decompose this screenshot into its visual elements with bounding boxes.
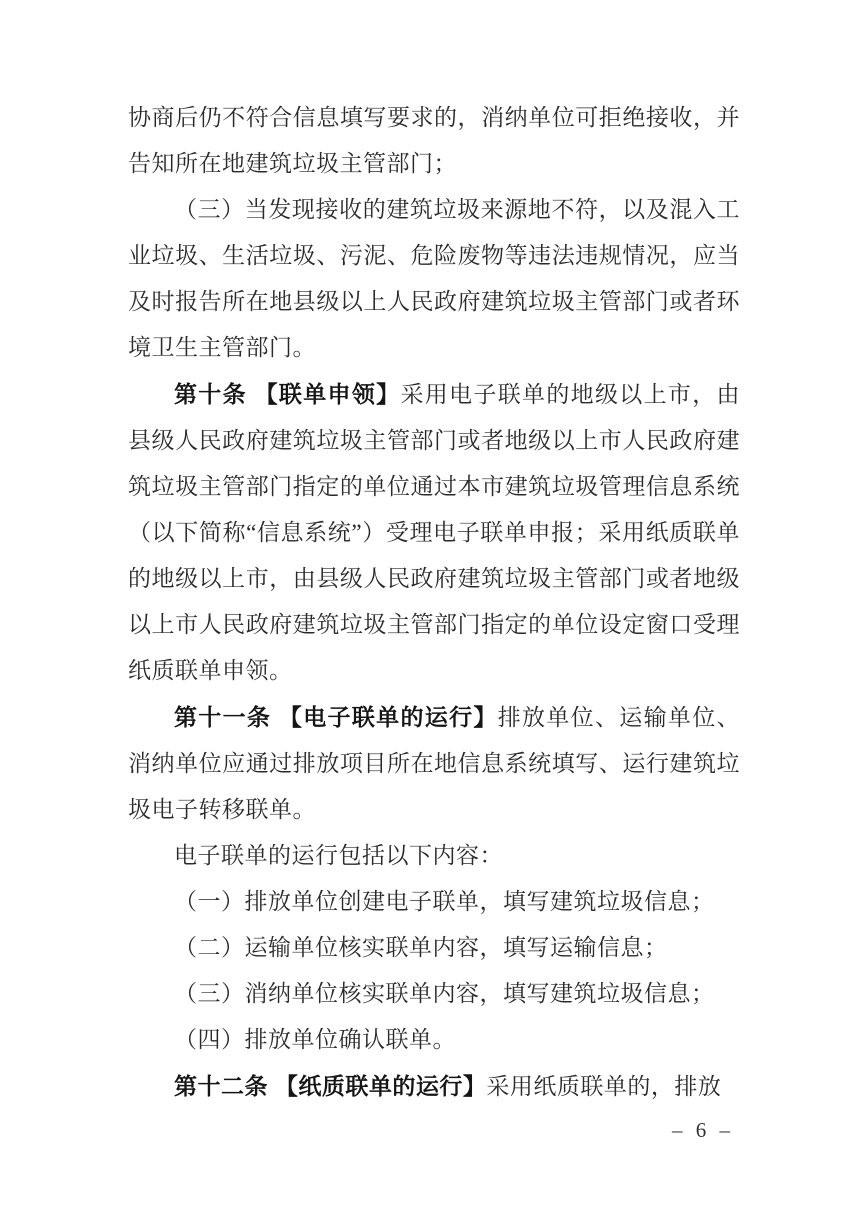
page-footer: – 6 – [128, 1118, 740, 1143]
list-item: （四）排放单位确认联单。 [128, 1017, 740, 1063]
article-heading: 第十条 【联单申领】 [174, 381, 400, 407]
list-item: （三）消纳单位核实联单内容，填写建筑垃圾信息； [128, 971, 740, 1017]
paragraph: 电子联单的运行包括以下内容： [128, 833, 740, 879]
paragraph-text: 电子联单的运行包括以下内容： [174, 843, 503, 868]
paragraph-text: （一）排放单位创建电子联单，填写建筑垃圾信息； [174, 889, 715, 914]
paragraph-text: （三）消纳单位核实联单内容，填写建筑垃圾信息； [174, 981, 715, 1006]
list-item: （二）运输单位核实联单内容，填写运输信息； [128, 925, 740, 971]
paragraph-article-10: 第十条 【联单申领】采用电子联单的地级以上市，由县级人民政府建筑垃圾主管部门或者… [128, 371, 740, 694]
paragraph: （三）当发现接收的建筑垃圾来源地不符，以及混入工业垃圾、生活垃圾、污泥、危险废物… [128, 187, 740, 371]
paragraph-text: 采用电子联单的地级以上市，由县级人民政府建筑垃圾主管部门或者地级以上市人民政府建… [128, 382, 740, 683]
paragraph-text: （四）排放单位确认联单。 [174, 1027, 456, 1052]
paragraph: 协商后仍不符合信息填写要求的，消纳单位可拒绝接收，并告知所在地建筑垃圾主管部门； [128, 95, 740, 187]
paragraph-text: 采用纸质联单的，排放 [486, 1074, 721, 1099]
list-item: （一）排放单位创建电子联单，填写建筑垃圾信息； [128, 879, 740, 925]
page-number: – 6 – [672, 1118, 734, 1142]
paragraph-text: （二）运输单位核实联单内容，填写运输信息； [174, 935, 668, 960]
paragraph-article-11: 第十一条 【电子联单的运行】排放单位、运输单位、消纳单位应通过排放项目所在地信息… [128, 694, 740, 833]
article-heading: 第十一条 【电子联单的运行】 [174, 704, 498, 730]
paragraph-article-12: 第十二条 【纸质联单的运行】采用纸质联单的，排放 [128, 1063, 740, 1110]
document-body: 协商后仍不符合信息填写要求的，消纳单位可拒绝接收，并告知所在地建筑垃圾主管部门；… [128, 95, 740, 1110]
article-heading: 第十二条 【纸质联单的运行】 [174, 1073, 486, 1099]
paragraph-text: （三）当发现接收的建筑垃圾来源地不符，以及混入工业垃圾、生活垃圾、污泥、危险废物… [128, 197, 740, 360]
document-page: 协商后仍不符合信息填写要求的，消纳单位可拒绝接收，并告知所在地建筑垃圾主管部门；… [0, 0, 868, 1227]
paragraph-text: 协商后仍不符合信息填写要求的，消纳单位可拒绝接收，并告知所在地建筑垃圾主管部门； [128, 105, 740, 176]
